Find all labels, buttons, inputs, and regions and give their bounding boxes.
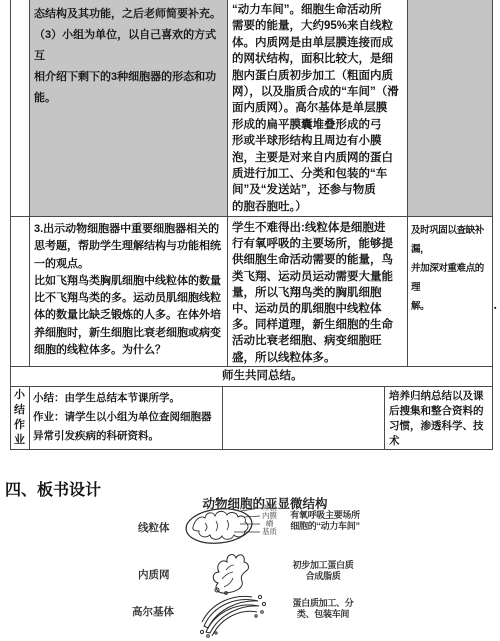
margin-bullet-icon: ▪ bbox=[494, 305, 496, 312]
row2-purpose-text: 及时巩固以查缺补漏， 并加深对重难点的理 解。 bbox=[408, 217, 493, 367]
homework-purpose-text: 培养归纳总结以及课 后搜集和整合资料的 习惯，渗透科学、技术 和社会的教育。 bbox=[385, 387, 493, 450]
row2-question-text: 3.出示动物细胞器中重要细胞器相关的 思考题，帮助学生理解结构与功能相统 一的观… bbox=[30, 217, 228, 367]
golgi-apparatus-icon bbox=[196, 592, 268, 638]
er-description: 初步加工蛋白质 合成脂质 bbox=[286, 560, 360, 582]
mitochondrion-matrix-label: 基质 bbox=[262, 528, 277, 536]
row1-margin-cell bbox=[10, 0, 30, 217]
golgi-label: 高尔基体 bbox=[132, 604, 174, 619]
row1-activity-text: 态结构及其功能，之后老师简要补充。 （3）小组为单位，以自己喜欢的方式互 相介绍… bbox=[30, 0, 228, 217]
endoplasmic-reticulum-icon bbox=[202, 550, 260, 596]
section-heading: 四、板书设计 bbox=[5, 477, 101, 500]
document-page: 态结构及其功能，之后老师简要补充。 （3）小组为单位，以自己喜欢的方式互 相介绍… bbox=[0, 0, 500, 641]
summary-row: 师生共同总结。 bbox=[10, 367, 493, 387]
mitochondrion-label: 线粒体 bbox=[138, 520, 170, 535]
mitochondrion-icon bbox=[183, 503, 261, 547]
mitochondrion-description: 有氧呼吸主要场所 细胞的“动力车间” bbox=[286, 510, 364, 532]
row2-margin-cell bbox=[10, 217, 30, 367]
golgi-description: 蛋白质加工、分 类、包装车间 bbox=[290, 598, 356, 620]
homework-content: 小结：由学生总结本节课所学。 作业：请学生以小组为单位查阅细胞器 异常引发疾病的… bbox=[30, 387, 223, 450]
row1-teacher-notes: “动力车间”。细胞生命活动所 需要的能量，大约95%来自线粒 体。内质网是由单层… bbox=[228, 0, 408, 217]
er-label: 内质网 bbox=[138, 567, 170, 582]
homework-empty-cell bbox=[223, 387, 385, 450]
homework-row-header: 小结作业 bbox=[10, 387, 30, 450]
row2-student-answer: 学生不难得出:线粒体是细胞进 行有氧呼吸的主要场所，能够提 供细胞生命活动需要的… bbox=[228, 217, 408, 367]
row1-purpose-cell bbox=[408, 0, 493, 217]
